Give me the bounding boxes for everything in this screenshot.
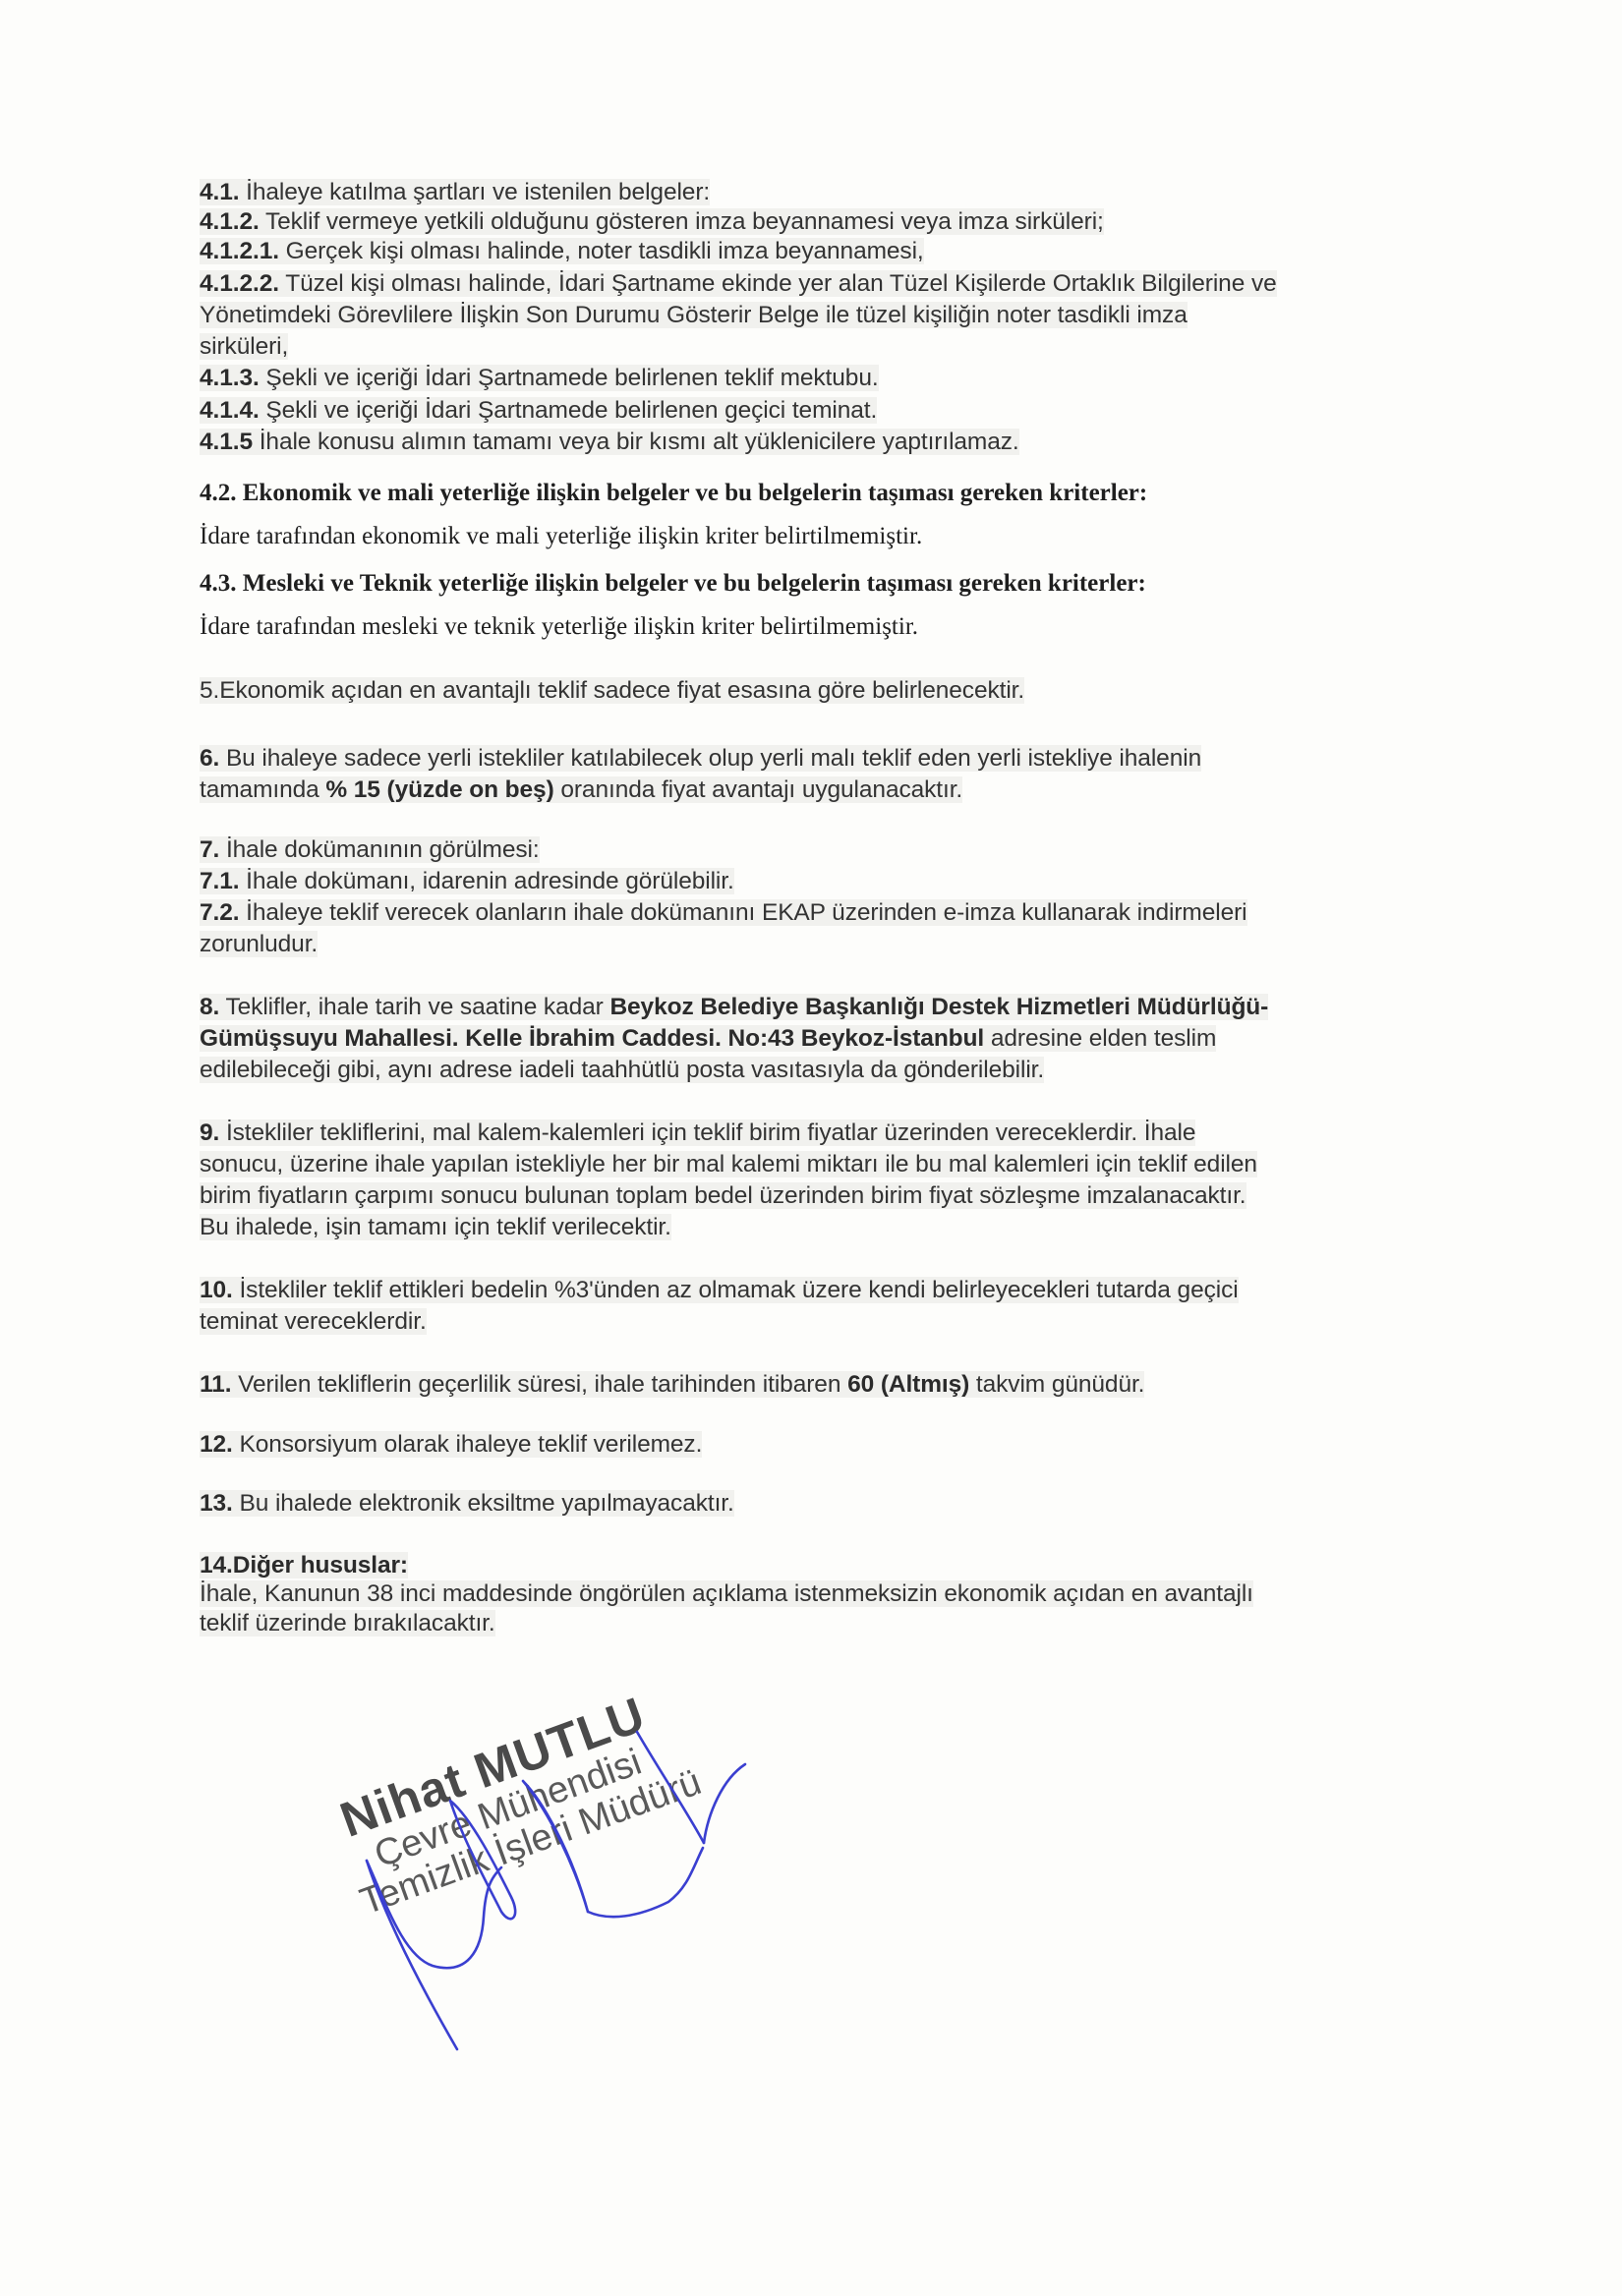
clause-4-1-4: 4.1.4. Şekli ve içeriği İdari Şartnamede… [200,396,877,426]
clause-number: 4.1.5 [200,429,253,455]
clause-11: 11. Verilen tekliflerin geçerlilik süres… [200,1370,1144,1400]
clause-bold-text: % 15 (yüzde on beş) [325,776,553,803]
clause-text: edilebileceği gibi, aynı adrese iadeli t… [200,1057,1044,1083]
clause-number: 6. [200,745,219,772]
clause-14: İhale, Kanunun 38 inci maddesinde öngörü… [200,1579,1253,1609]
clause-text: Teklifler, ihale tarih ve saatine kadar [219,994,609,1020]
official-stamp: Nihat MUTLU Çevre Mühendisi Temizlik İşl… [334,1679,706,1919]
clause-14-heading: 14.Diğer hususlar: [200,1551,408,1580]
clause-8: 8. Teklifler, ihale tarih ve saatine kad… [200,993,1268,1022]
clause-number: 10. [200,1277,233,1303]
clause-text: sirküleri, [200,333,288,360]
clause-text: İhale, Kanunun 38 inci maddesinde öngörü… [200,1580,1253,1607]
clause-4-1-2-2: 4.1.2.2. Tüzel kişi olması halinde, İdar… [200,269,1277,299]
clause-text: tamamında [200,776,325,803]
clause-6-cont: tamamında % 15 (yüzde on beş) oranında f… [200,775,962,805]
clause-text: Şekli ve içeriği İdari Şartnamede belirl… [260,397,877,424]
clause-text: teminat vereceklerdir. [200,1308,427,1335]
clause-text: Verilen tekliflerin geçerlilik süresi, i… [231,1371,847,1398]
clause-9-cont3: Bu ihalede, işin tamamı için teklif veri… [200,1213,671,1242]
clause-12: 12. Konsorsiyum olarak ihaleye teklif ve… [200,1430,702,1460]
clause-number: 13. [200,1490,233,1517]
clause-14-cont: teklif üzerinde bırakılacaktır. [200,1609,495,1638]
clause-text: Bu ihalede elektronik eksiltme yapılmaya… [233,1490,734,1517]
clause-7-2: 7.2. İhaleye teklif verecek olanların ih… [200,898,1247,928]
address-bold-text: Gümüşsuyu Mahallesi. Kelle İbrahim Cadde… [200,1025,984,1052]
clause-text: Tüzel kişi olması halinde, İdari Şartnam… [279,270,1277,297]
clause-text: İhale dokümanı, idarenin adresinde görül… [239,868,733,894]
clause-number: 7.1. [200,868,239,894]
clause-text: Konsorsiyum olarak ihaleye teklif verile… [233,1431,703,1458]
clause-7: 7. İhale dokümanının görülmesi: [200,835,540,865]
clause-text: Şekli ve içeriği İdari Şartnamede belirl… [260,365,879,391]
clause-text: İstekliler teklif ettikleri bedelin %3'ü… [233,1277,1239,1303]
clause-text: Bu ihaleye sadece yerli istekliler katıl… [219,745,1201,772]
clause-9-cont2: birim fiyatların çarpımı sonucu bulunan … [200,1181,1246,1211]
clause-9-cont: sonucu, üzerine ihale yapılan istekliyle… [200,1150,1257,1179]
clause-text: Gerçek kişi olması halinde, noter tasdik… [279,238,924,264]
document-page: 4.1. İhaleye katılma şartları ve istenil… [0,0,1622,2296]
clause-text: birim fiyatların çarpımı sonucu bulunan … [200,1182,1246,1209]
clause-6: 6. Bu ihaleye sadece yerli istekliler ka… [200,744,1201,774]
clause-number: 4.1.2. [200,208,260,235]
clause-text: Bu ihalede, işin tamamı için teklif veri… [200,1214,671,1240]
clause-text: sonucu, üzerine ihale yapılan istekliyle… [200,1151,1257,1177]
clause-number: 4.1.2.1. [200,238,279,264]
clause-number: 4.1. [200,179,239,205]
clause-4-1: 4.1. İhaleye katılma şartları ve istenil… [200,178,710,207]
clause-text: zorunludur. [200,931,318,957]
clause-number: 8. [200,994,219,1020]
section-4-2-heading: 4.2. Ekonomik ve mali yeterliğe ilişkin … [200,479,1147,508]
clause-8-cont: Gümüşsuyu Mahallesi. Kelle İbrahim Cadde… [200,1024,1216,1054]
clause-7-2-cont: zorunludur. [200,930,318,959]
clause-10: 10. İstekliler teklif ettikleri bedelin … [200,1276,1239,1305]
clause-4-1-5: 4.1.5 İhale konusu alımın tamamı veya bi… [200,428,1019,457]
clause-13: 13. Bu ihalede elektronik eksiltme yapıl… [200,1489,734,1519]
section-4-3-heading: 4.3. Mesleki ve Teknik yeterliğe ilişkin… [200,569,1146,599]
clause-number: 4.1.2.2. [200,270,279,297]
clause-text: İhaleye katılma şartları ve istenilen be… [239,179,710,205]
clause-text: İhaleye teklif verecek olanların ihale d… [239,899,1246,926]
clause-4-1-2: 4.1.2. Teklif vermeye yetkili olduğunu g… [200,207,1104,237]
clause-number: 4.1.4. [200,397,260,424]
clause-5: 5.Ekonomik açıdan en avantajlı teklif sa… [200,676,1024,706]
clause-number: 11. [200,1371,231,1398]
validity-bold-text: 60 (Altmış) [847,1371,969,1398]
clause-number: 12. [200,1431,233,1458]
clause-text: İhale konusu alımın tamamı veya bir kısm… [253,429,1019,455]
clause-text: 5.Ekonomik açıdan en avantajlı teklif sa… [200,677,1024,704]
clause-4-1-3: 4.1.3. Şekli ve içeriği İdari Şartnamede… [200,364,879,393]
clause-7-1: 7.1. İhale dokümanı, idarenin adresinde … [200,867,734,896]
section-4-3-text: İdare tarafından mesleki ve teknik yeter… [200,612,918,642]
clause-text: teklif üzerinde bırakılacaktır. [200,1610,495,1636]
clause-10-cont: teminat vereceklerdir. [200,1307,427,1337]
clause-8-cont2: edilebileceği gibi, aynı adrese iadeli t… [200,1056,1044,1085]
clause-text: adresine elden teslim [984,1025,1216,1052]
clause-text: Teklif vermeye yetkili olduğunu gösteren… [260,208,1104,235]
clause-number: 7. [200,836,219,863]
clause-text: Yönetimdeki Görevlilere İlişkin Son Duru… [200,302,1188,328]
clause-number: 7.2. [200,899,239,926]
clause-text: oranında fiyat avantajı uygulanacaktır. [554,776,963,803]
clause-heading: 14.Diğer hususlar: [200,1552,408,1578]
clause-4-1-2-2-cont2: sirküleri, [200,332,288,362]
clause-number: 4.1.3. [200,365,260,391]
section-4-2-text: İdare tarafından ekonomik ve mali yeterl… [200,522,922,551]
clause-text: İhale dokümanının görülmesi: [219,836,539,863]
clause-9: 9. İstekliler tekliflerini, mal kalem-ka… [200,1119,1195,1148]
clause-text: takvim günüdür. [969,1371,1144,1398]
clause-number: 9. [200,1119,219,1146]
clause-4-1-2-2-cont: Yönetimdeki Görevlilere İlişkin Son Duru… [200,301,1188,330]
address-bold-text: Beykoz Belediye Başkanlığı Destek Hizmet… [609,994,1268,1020]
clause-4-1-2-1: 4.1.2.1. Gerçek kişi olması halinde, not… [200,237,924,266]
clause-text: İstekliler tekliflerini, mal kalem-kalem… [219,1119,1195,1146]
